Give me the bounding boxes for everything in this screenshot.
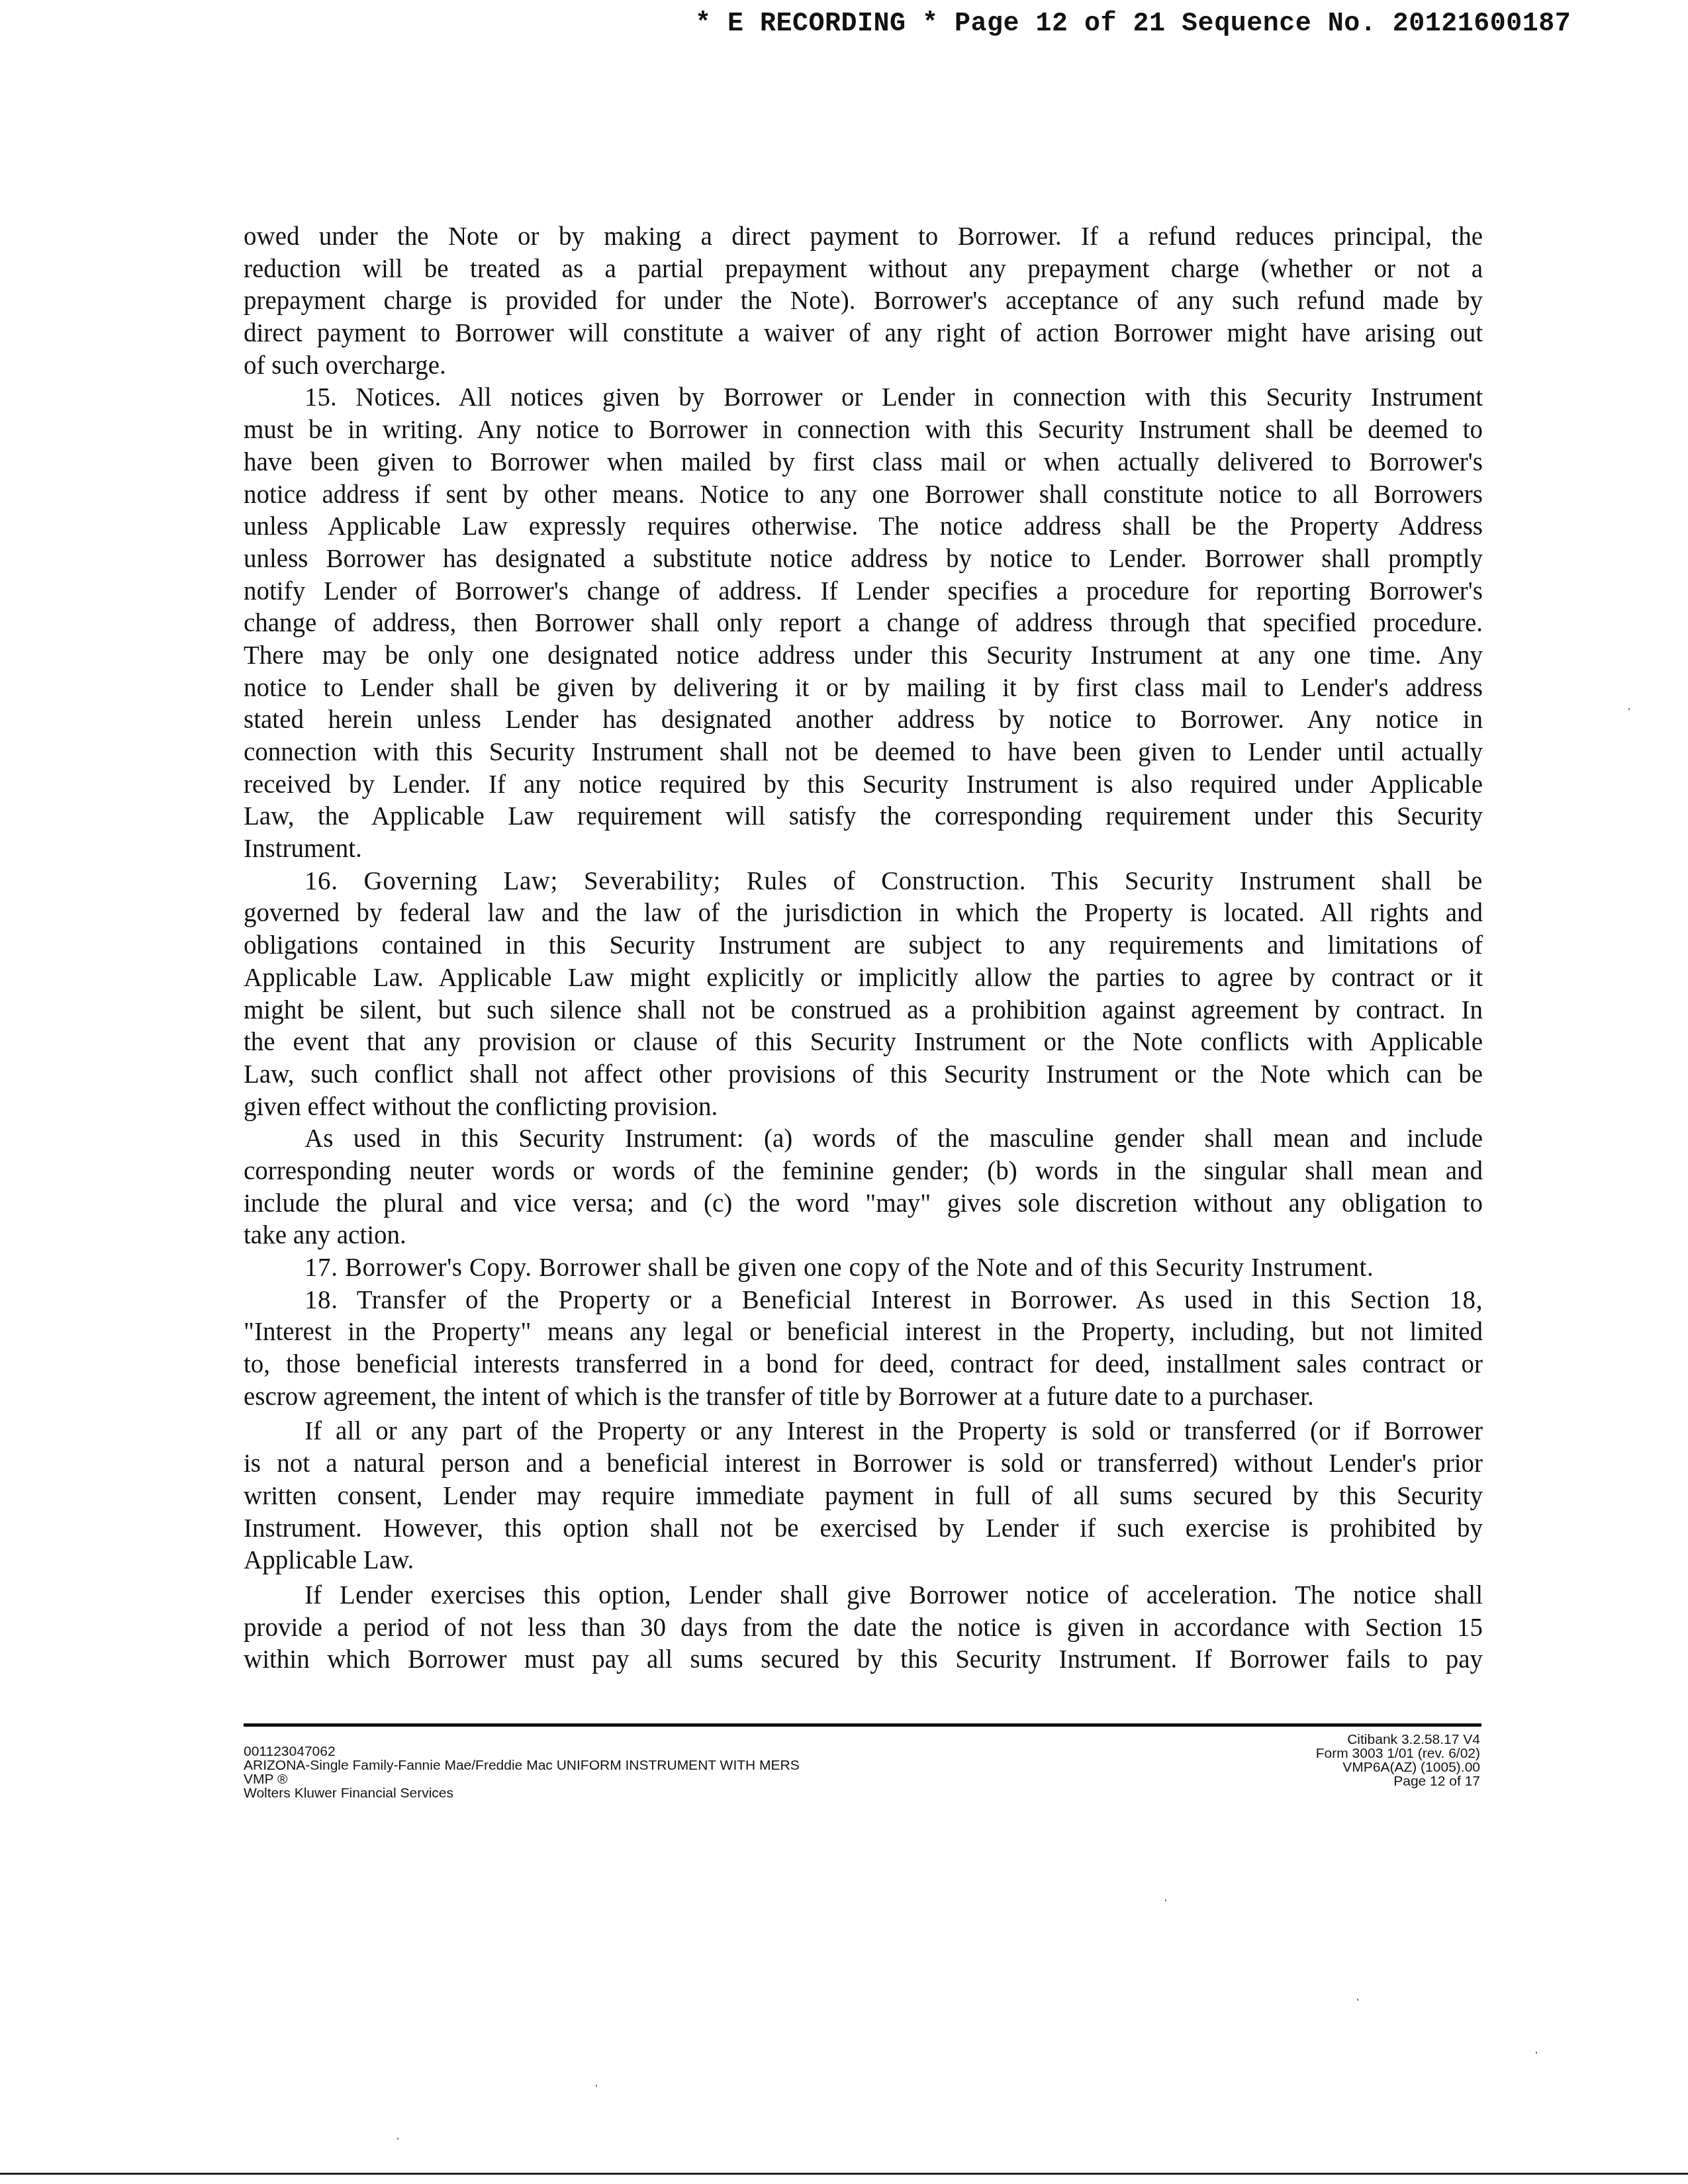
body-line: is not a natural person and a beneficial… — [244, 1448, 1483, 1480]
footer-form-codes: Citibank 3.2.58.17 V4 Form 3003 1/01 (re… — [1316, 1733, 1480, 1788]
body-line: might be silent, but such silence shall … — [244, 995, 1483, 1027]
body-line: take any action. — [244, 1220, 1483, 1252]
body-line: direct payment to Borrower will constitu… — [244, 318, 1483, 350]
vmp-mark: VMP ® — [244, 1772, 800, 1786]
body-line: If all or any part of the Property or an… — [244, 1416, 1483, 1448]
scan-edge-line — [0, 2173, 1688, 2175]
body-line: notice address if sent by other means. N… — [244, 479, 1483, 512]
scan-speck — [1357, 1999, 1358, 2001]
body-line: of such overcharge. — [244, 350, 1483, 383]
scan-speck — [1463, 301, 1464, 303]
body-line: received by Lender. If any notice requir… — [244, 769, 1483, 801]
body-line: Law, the Applicable Law requirement will… — [244, 801, 1483, 833]
body-line: Law, such conflict shall not affect othe… — [244, 1059, 1483, 1091]
body-line: given effect without the conflicting pro… — [244, 1091, 1483, 1124]
form-title: ARIZONA-Single Family-Fannie Mae/Freddie… — [244, 1758, 800, 1772]
body-line: Instrument. However, this option shall n… — [244, 1513, 1483, 1545]
section-18-heading-line: 18. Transfer of the Property or a Benefi… — [244, 1285, 1483, 1317]
vmp-code: VMP6A(AZ) (1005).00 — [1316, 1760, 1480, 1774]
body-line: governed by federal law and the law of t… — [244, 897, 1483, 930]
body-line: must be in writing. Any notice to Borrow… — [244, 414, 1483, 447]
body-line: unless Borrower has designated a substit… — [244, 543, 1483, 576]
body-line: obligations contained in this Security I… — [244, 930, 1483, 962]
section-16-heading-line: 16. Governing Law; Severability; Rules o… — [244, 866, 1483, 898]
body-line: unless Applicable Law expressly requires… — [244, 511, 1483, 543]
document-body: owed under the Note or by making a direc… — [244, 221, 1483, 1676]
scan-speck — [1536, 2052, 1537, 2054]
body-line: to, those beneficial interests transferr… — [244, 1349, 1483, 1381]
body-line: connection with this Security Instrument… — [244, 737, 1483, 769]
body-line: within which Borrower must pay all sums … — [244, 1644, 1483, 1676]
body-line: If Lender exercises this option, Lender … — [244, 1580, 1483, 1612]
body-line: There may be only one designated notice … — [244, 640, 1483, 672]
form-number: Form 3003 1/01 (rev. 6/02) — [1316, 1747, 1480, 1760]
footer-form-info: 001123047062 ARIZONA-Single Family-Fanni… — [244, 1745, 800, 1800]
scan-speck — [794, 1363, 796, 1365]
body-line: reduction will be treated as a partial p… — [244, 253, 1483, 286]
scan-speck — [1165, 1899, 1166, 1901]
body-line: stated herein unless Lender has designat… — [244, 704, 1483, 737]
body-line: "Interest in the Property" means any leg… — [244, 1316, 1483, 1349]
body-line: Applicable Law. Applicable Law might exp… — [244, 962, 1483, 995]
scan-speck — [397, 2138, 399, 2140]
recording-stamp-header: * E RECORDING * Page 12 of 21 Sequence N… — [695, 9, 1571, 39]
body-line: written consent, Lender may require imme… — [244, 1480, 1483, 1513]
page-number: Page 12 of 17 — [1316, 1774, 1480, 1788]
lender-version: Citibank 3.2.58.17 V4 — [1316, 1733, 1480, 1747]
section-15-heading-line: 15. Notices. All notices given by Borrow… — [244, 382, 1483, 414]
publisher: Wolters Kluwer Financial Services — [244, 1786, 800, 1800]
body-line: change of address, then Borrower shall o… — [244, 608, 1483, 640]
body-line: notice to Lender shall be given by deliv… — [244, 672, 1483, 705]
section-17-heading-line: 17. Borrower's Copy. Borrower shall be g… — [244, 1252, 1483, 1285]
body-line: notify Lender of Borrower's change of ad… — [244, 576, 1483, 608]
body-line: owed under the Note or by making a direc… — [244, 221, 1483, 253]
loan-number: 001123047062 — [244, 1745, 800, 1758]
footer-divider — [244, 1723, 1481, 1727]
body-line: the event that any provision or clause o… — [244, 1026, 1483, 1059]
body-line: include the plural and vice versa; and (… — [244, 1188, 1483, 1220]
body-line: Applicable Law. — [244, 1545, 1483, 1577]
body-line: prepayment charge is provided for under … — [244, 285, 1483, 318]
body-line: Instrument. — [244, 833, 1483, 866]
scan-speck — [596, 2085, 597, 2087]
body-line: escrow agreement, the intent of which is… — [244, 1381, 1483, 1414]
body-line: provide a period of not less than 30 day… — [244, 1612, 1483, 1645]
body-line: As used in this Security Instrument: (a)… — [244, 1123, 1483, 1156]
scan-speck — [1628, 708, 1630, 710]
body-line: corresponding neuter words or words of t… — [244, 1156, 1483, 1188]
body-line: have been given to Borrower when mailed … — [244, 447, 1483, 479]
